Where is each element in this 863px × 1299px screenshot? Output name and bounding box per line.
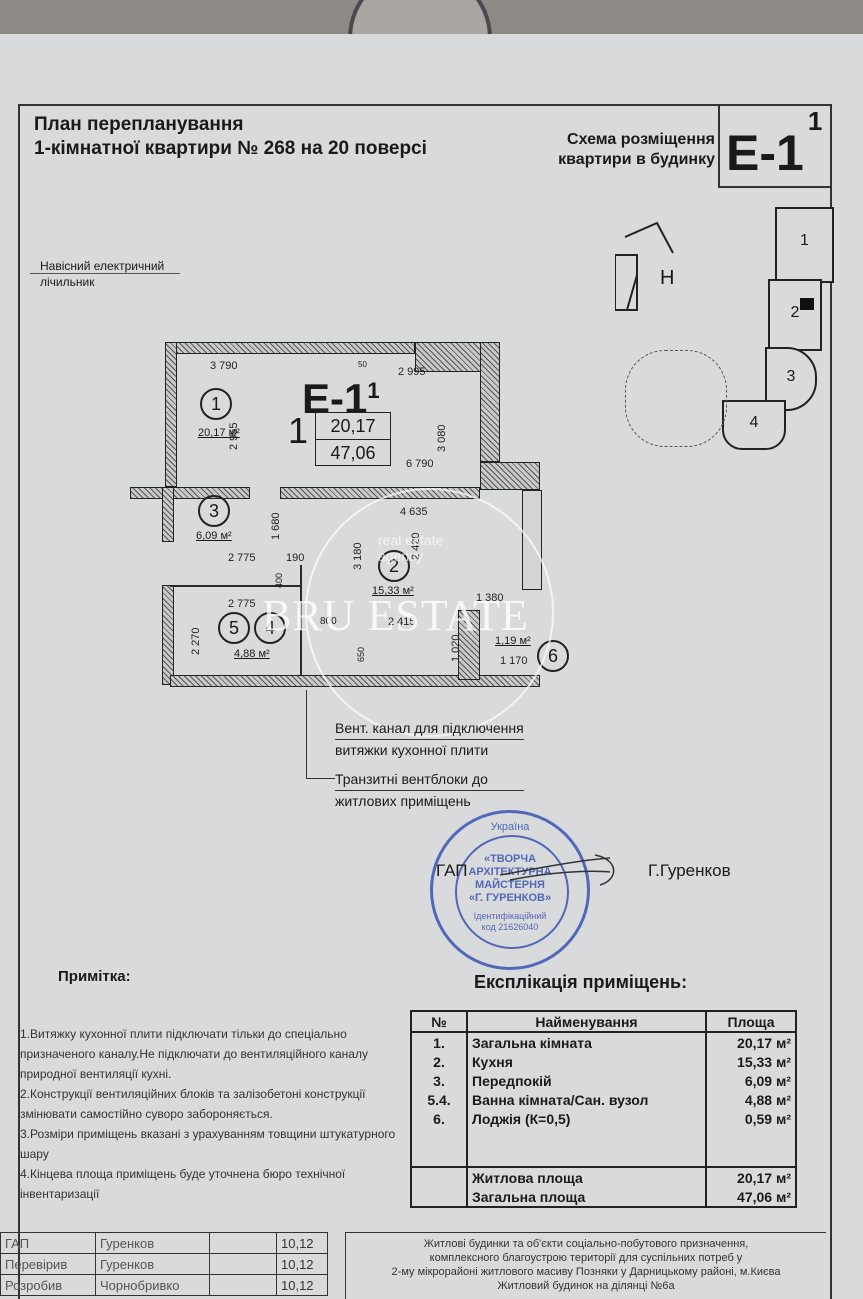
table-row: 2.Кухня15,33 м² <box>411 1052 796 1071</box>
row-name: Кухня <box>467 1052 706 1071</box>
scheme-label-line-1: Схема розміщення <box>535 130 715 150</box>
row-area: 20,17 м² <box>706 1032 796 1052</box>
title-block-row: ПеревіривГуренков10,12 <box>1 1254 328 1275</box>
row-name: Загальна кімната <box>467 1032 706 1052</box>
notes-title: Примітка: <box>58 968 131 985</box>
tb-signature <box>210 1254 277 1275</box>
tb-role: Перевірив <box>1 1254 96 1275</box>
stamp-code-label: Ідентифікаційний <box>433 911 587 922</box>
dimension: 1 680 <box>270 512 282 540</box>
vent-note-line-4: житлових приміщень <box>335 791 524 812</box>
total-area-label: Загальна площа <box>467 1187 706 1207</box>
dimension: 2 270 <box>190 627 202 655</box>
plan-type-sup: 1 <box>367 378 379 403</box>
apartment-type-sup: 1 <box>808 106 822 136</box>
dimension: 3 080 <box>436 424 448 452</box>
project-description: Житлові будинки та об'єкти соціально-поб… <box>345 1232 826 1299</box>
row-number: 2. <box>411 1052 467 1071</box>
room-area-3: 6,09 м² <box>196 530 232 542</box>
tb-role: Розробив <box>1 1275 96 1296</box>
organization-stamp: Україна «ТВОРЧА АРХІТЕКТУРНА МАЙСТЕРНЯ «… <box>430 810 590 970</box>
column-header-area: Площа <box>706 1011 796 1032</box>
dimension: 190 <box>286 552 304 564</box>
dimension: 50 <box>358 360 367 369</box>
note-item: 4.Кінцева площа приміщень буде уточнена … <box>20 1164 405 1204</box>
living-area-label: Житлова площа <box>467 1167 706 1187</box>
dimension: 2 995 <box>398 366 426 378</box>
apartment-type-box: Е-11 <box>718 106 830 188</box>
apartment-location-marker <box>800 298 814 310</box>
living-area-value: 20,17 м² <box>706 1167 796 1187</box>
vent-note-line-1: Вент. канал для підключення <box>335 718 524 740</box>
tb-name: Гуренков <box>96 1254 210 1275</box>
stamp-top: Україна <box>433 821 587 833</box>
meter-label: Навісний електричний лічильник <box>40 258 164 290</box>
dimension: 2 955 <box>228 422 240 450</box>
tb-date: 10,12 <box>277 1275 328 1296</box>
row-number: 5.4. <box>411 1090 467 1109</box>
wall <box>165 342 177 487</box>
row-number: 6. <box>411 1109 467 1128</box>
project-line: комплексного благоустрою території для с… <box>346 1251 826 1265</box>
dimension: 400 <box>274 573 284 588</box>
row-area: 4,88 м² <box>706 1090 796 1109</box>
project-line: 2-му мікрорайоні житлового масиву Позняк… <box>346 1265 826 1279</box>
note-item: 2.Конструкції вентиляційних блоків та за… <box>20 1084 405 1124</box>
row-area: 15,33 м² <box>706 1052 796 1071</box>
wall <box>480 342 500 462</box>
neighbor-building-outline <box>625 350 727 447</box>
row-number: 3. <box>411 1071 467 1090</box>
table-row: 1.Загальна кімната20,17 м² <box>411 1032 796 1052</box>
room-marker-1: 1 <box>200 388 232 420</box>
column-header-number: № <box>411 1011 467 1032</box>
meter-label-line-2: лічильник <box>40 274 164 290</box>
signature-scribble-icon <box>500 850 620 890</box>
tb-signature <box>210 1275 277 1296</box>
north-arrow-icon <box>615 215 695 315</box>
room-marker-5: 5 <box>218 612 250 644</box>
note-item: 3.Розміри приміщень вказані з урахування… <box>20 1124 405 1164</box>
plan-total-area: 47,06 <box>316 439 390 466</box>
plan-living-area: 20,17 <box>316 413 390 439</box>
apartment-type-code: Е-1 <box>726 125 804 181</box>
project-line: Житлові будинки та об'єкти соціально-поб… <box>346 1237 826 1251</box>
column-header-name: Найменування <box>467 1011 706 1032</box>
watermark-subtitle: real estate agency <box>378 532 443 564</box>
watermark-sub-1: real estate <box>378 532 443 548</box>
page-title: План перепланування 1-кімнатної квартири… <box>34 113 427 161</box>
building-site-scheme: Н 1 2 3 4 <box>600 195 830 460</box>
dimension: 3 790 <box>210 360 238 372</box>
stamp-line-4: «Г. ГУРЕНКОВ» <box>433 892 587 905</box>
stamp-code: код 21626040 <box>433 922 587 933</box>
table-row: 5.4.Ванна кімната/Сан. вузол4,88 м² <box>411 1090 796 1109</box>
empty-row <box>411 1147 796 1167</box>
note-item: 1.Витяжку кухонної плити підключати тіль… <box>20 1024 405 1084</box>
wall <box>130 487 250 499</box>
row-area: 0,59 м² <box>706 1109 796 1128</box>
table-row: 3.Передпокій6,09 м² <box>411 1071 796 1090</box>
row-name: Передпокій <box>467 1071 706 1090</box>
total-area-value: 47,06 м² <box>706 1187 796 1207</box>
title-line-2: 1-кімнатної квартири № 268 на 20 поверсі <box>34 137 427 161</box>
dimension: 2 775 <box>228 598 256 610</box>
wall <box>480 462 540 490</box>
tb-role: ГАП <box>1 1233 96 1254</box>
meter-leader-line <box>30 273 180 274</box>
tb-signature <box>210 1233 277 1254</box>
north-label: Н <box>660 267 674 290</box>
title-block-row: РозробивЧорнобривко10,12 <box>1 1275 328 1296</box>
watermark-text: BRU ESTATE <box>262 590 529 641</box>
row-area: 6,09 м² <box>706 1071 796 1090</box>
tb-date: 10,12 <box>277 1254 328 1275</box>
explication-table: № Найменування Площа 1.Загальна кімната2… <box>410 1010 797 1208</box>
empty-row <box>411 1128 796 1147</box>
project-line: Житловий будинок на ділянці №6а <box>346 1279 826 1293</box>
wall <box>162 487 174 542</box>
watermark-sub-2: agency <box>378 548 443 564</box>
wall <box>165 342 415 354</box>
tb-name: Чорнобривко <box>96 1275 210 1296</box>
row-name: Ванна кімната/Сан. вузол <box>467 1090 706 1109</box>
summary-row-living: Житлова площа20,17 м² <box>411 1167 796 1187</box>
title-line-1: План перепланування <box>34 113 427 137</box>
vent-note-line-3: Транзитні вентблоки до <box>335 769 524 791</box>
vent-note-line-2: витяжки кухонної плити <box>335 740 524 761</box>
title-block-row: ГАПГуренков10,12 <box>1 1233 328 1254</box>
room-area-4: 4,88 м² <box>234 648 270 660</box>
dimension: 6 790 <box>406 458 434 470</box>
meter-label-line-1: Навісний електричний <box>40 258 164 274</box>
section-2: 2 <box>768 279 822 351</box>
wall <box>162 585 174 685</box>
scheme-label-line-2: квартири в будинку <box>535 150 715 170</box>
room-marker-3: 3 <box>198 495 230 527</box>
row-number: 1. <box>411 1032 467 1052</box>
tb-date: 10,12 <box>277 1233 328 1254</box>
title-block: ГАПГуренков10,12 ПеревіривГуренков10,12 … <box>0 1232 328 1296</box>
tb-name: Гуренков <box>96 1233 210 1254</box>
notes-list: 1.Витяжку кухонної плити підключати тіль… <box>20 1024 405 1204</box>
vent-notes: Вент. канал для підключення витяжки кухо… <box>335 718 524 812</box>
vent-leader-line <box>306 690 335 779</box>
section-4: 4 <box>722 400 786 450</box>
table-row: 6.Лоджія (К=0,5)0,59 м² <box>411 1109 796 1128</box>
explication-title: Експлікація приміщень: <box>474 972 687 993</box>
seal-fragment: ИВМІСЬКБ <box>348 0 492 38</box>
section-1: 1 <box>775 207 834 283</box>
summary-row-total: Загальна площа47,06 м² <box>411 1187 796 1207</box>
rooms-count: 1 <box>288 410 308 452</box>
area-box: 20,17 47,06 <box>315 412 391 466</box>
signature-role: ГАП <box>436 861 467 881</box>
row-name: Лоджія (К=0,5) <box>467 1109 706 1128</box>
table-header-row: № Найменування Площа <box>411 1011 796 1032</box>
scheme-label: Схема розміщення квартири в будинку <box>535 130 715 170</box>
dimension: 2 775 <box>228 552 256 564</box>
signature-name: Г.Гуренков <box>648 861 731 881</box>
